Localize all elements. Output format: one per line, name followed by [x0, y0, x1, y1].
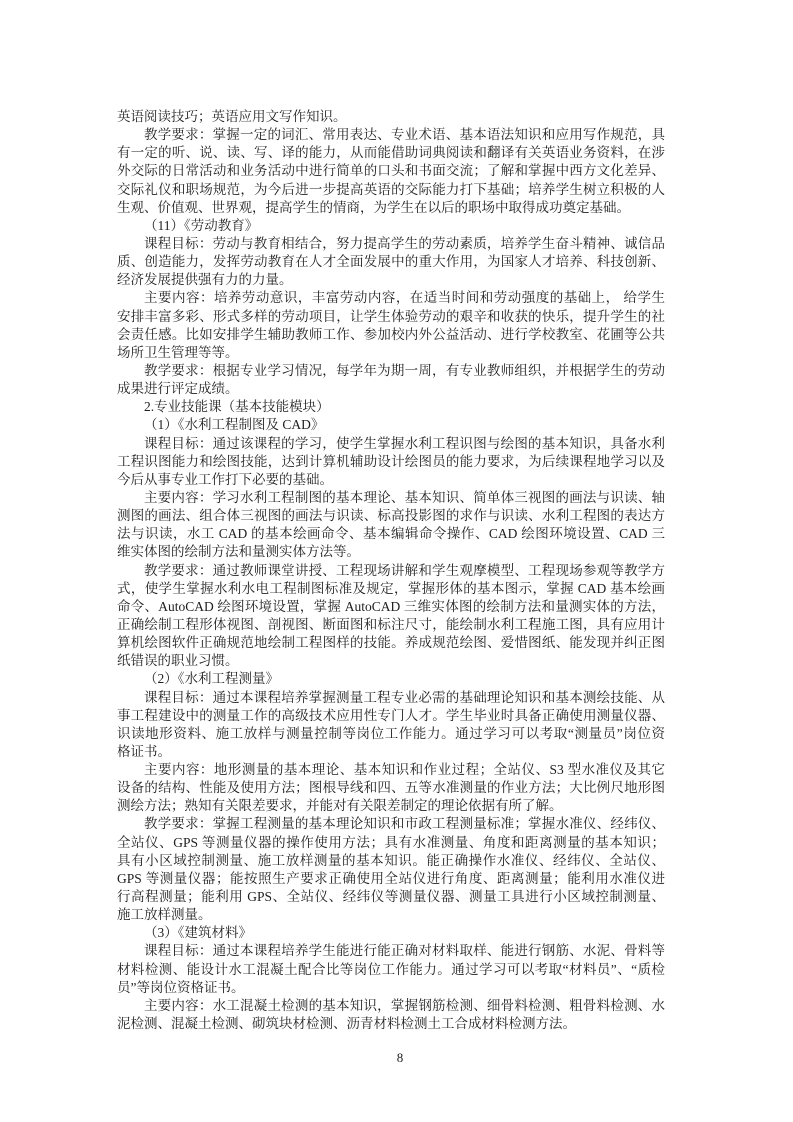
section-heading-surveying: （2）《水利工程测量》: [117, 670, 665, 688]
section-heading-professional-skills: 2.专业技能课（基本技能模块）: [117, 398, 665, 416]
paragraph-materials-main-content: 主要内容：水工混凝土检测的基本知识，掌握钢筋检测、细骨料检测、粗骨料检测、水 泥…: [117, 997, 665, 1033]
paragraph-english-continuation: 英语阅读技巧；英语应用文写作知识。: [117, 108, 665, 126]
text-line: GPS 等测量仪器；能按照生产要求正确使用全站仪进行角度、距离测量；能利用水准仪…: [117, 870, 665, 888]
text-line: 主要内容：水工混凝土检测的基本知识，掌握钢筋检测、细骨料检测、粗骨料检测、水: [117, 997, 665, 1015]
section-heading-drawing-cad: （1）《水利工程制图及 CAD》: [117, 416, 665, 434]
text-line: 材料检测、能设计水工混凝土配合比等岗位工作能力。通过学习可以考取“材料员”、“质…: [117, 961, 665, 979]
text-line: 员”等岗位资格证书。: [117, 979, 665, 997]
text-line: 命令、AutoCAD 绘图环境设置，掌握 AutoCAD 三维实体图的绘制方法和…: [117, 598, 665, 616]
text-line: 安排丰富多彩、形式多样的劳动项目，让学生体验劳动的艰辛和收获的快乐，提升学生的社: [117, 308, 665, 326]
paragraph-labor-course-goal: 课程目标：劳动与教育相结合，努力提高学生的劳动素质，培养学生奋斗精神、诚信品 质…: [117, 235, 665, 289]
page-number: 8: [0, 1050, 793, 1066]
body-text: 英语阅读技巧；英语应用文写作知识。 教学要求：掌握一定的词汇、常用表达、专业术语…: [117, 108, 665, 1033]
text-line: 事工程建设中的测量工作的高级技术应用性专门人才。学生毕业时具备正确使用测量仪器、: [117, 707, 665, 725]
text-line: 全站仪、GPS 等测量仪器的操作使用方法；具有水准测量、角度和距离测量的基本知识…: [117, 834, 665, 852]
text-line: 课程目标：通过本课程培养学生能进行能正确对材料取样、能进行钢筋、水泥、骨料等: [117, 942, 665, 960]
text-line: 主要内容：地形测量的基本理论、基本知识和作业过程；全站仪、S3 型水准仪及其它: [117, 761, 665, 779]
text-line: 主要内容：学习水利工程制图的基本理论、基本知识、简单体三视图的画法与识读、轴: [117, 489, 665, 507]
section-heading-labor-education: （11）《劳动教育》: [117, 217, 665, 235]
text-line: 教学要求：根据专业学习情况，每学年为期一周，有专业教师组织，并根据学生的劳动: [117, 362, 665, 380]
paragraph-surveying-teaching-requirements: 教学要求：掌握工程测量的基本理论知识和市政工程测量标准；掌握水准仪、经纬仪、 全…: [117, 815, 665, 924]
heading-line: （1）《水利工程制图及 CAD》: [117, 416, 665, 434]
text-line: 维实体图的绘制方法和量测实体方法等。: [117, 543, 665, 561]
text-line: 式，使学生掌握水利水电工程制图标准及规定，掌握形体的基本图示，掌握 CAD 基本…: [117, 580, 665, 598]
text-line: 施工放样测量。: [117, 906, 665, 924]
text-line: 会责任感。比如安排学生辅助教师工作、参加校内外公益活动、进行学校教室、花圃等公共: [117, 326, 665, 344]
text-line: 格证书。: [117, 743, 665, 761]
text-line: 教学要求：掌握一定的词汇、常用表达、专业术语、基本语法知识和应用写作规范，具: [117, 126, 665, 144]
text-line: 交际礼仪和职场规范，为今后进一步提高英语的交际能力打下基础；培养学生树立积极的人: [117, 181, 665, 199]
paragraph-labor-teaching-requirements: 教学要求：根据专业学习情况，每学年为期一周，有专业教师组织，并根据学生的劳动 成…: [117, 362, 665, 398]
text-line: 今后从事专业工作打下必要的基础。: [117, 471, 665, 489]
text-line: 外交际的日常活动和业务活动中进行简单的口头和书面交流；了解和掌握中西方文化差异、: [117, 162, 665, 180]
text-line: 课程目标：通过本课程培养掌握测量工程专业必需的基础理论知识和基本测绘技能、从: [117, 689, 665, 707]
text-line: 教学要求：掌握工程测量的基本理论知识和市政工程测量标准；掌握水准仪、经纬仪、: [117, 815, 665, 833]
text-line: 场所卫生管理等等。: [117, 344, 665, 362]
paragraph-english-teaching-requirements: 教学要求：掌握一定的词汇、常用表达、专业术语、基本语法知识和应用写作规范，具 有…: [117, 126, 665, 217]
paragraph-surveying-course-goal: 课程目标：通过本课程培养掌握测量工程专业必需的基础理论知识和基本测绘技能、从 事…: [117, 689, 665, 762]
text-line: 行高程测量；能利用 GPS、全站仪、经纬仪等测量仪器、测量工具进行小区域控制测量…: [117, 888, 665, 906]
text-line: 成果进行评定成绩。: [117, 380, 665, 398]
text-line: 算机绘图软件正确规范地绘制工程图样的技能。养成规范绘图、爱惜图纸、能发现并纠正图: [117, 634, 665, 652]
document-page: 英语阅读技巧；英语应用文写作知识。 教学要求：掌握一定的词汇、常用表达、专业术语…: [0, 0, 793, 1122]
text-line: 课程目标：劳动与教育相结合，努力提高学生的劳动素质，培养学生奋斗精神、诚信品: [117, 235, 665, 253]
text-line: 泥检测、混凝土检测、砌筑块材检测、沥青材料检测土工合成材料检测方法。: [117, 1015, 665, 1033]
text-line: 生观、价值观、世界观，提高学生的情商，为学生在以后的职场中取得成功奠定基础。: [117, 199, 665, 217]
text-line: 英语阅读技巧；英语应用文写作知识。: [117, 108, 665, 126]
text-line: 设备的结构、性能及使用方法；图根导线和四、五等水准测量的作业方法；大比例尺地形图: [117, 779, 665, 797]
paragraph-cad-main-content: 主要内容：学习水利工程制图的基本理论、基本知识、简单体三视图的画法与识读、轴 测…: [117, 489, 665, 562]
text-line: 经济发展提供强有力的力量。: [117, 271, 665, 289]
text-line: 教学要求：通过教师课堂讲授、工程现场讲解和学生观摩模型、工程现场参观等教学方: [117, 562, 665, 580]
text-line: 课程目标：通过该课程的学习，使学生掌握水利工程识图与绘图的基本知识，具备水利: [117, 435, 665, 453]
text-line: 有一定的听、说、读、写、译的能力，从而能借助词典阅读和翻译有关英语业务资料，在涉: [117, 144, 665, 162]
paragraph-labor-main-content: 主要内容：培养劳动意识，丰富劳动内容，在适当时间和劳动强度的基础上， 给学生 安…: [117, 289, 665, 362]
text-line: 工程识图能力和绘图技能，达到计算机辅助设计绘图员的能力要求，为后续课程地学习以及: [117, 453, 665, 471]
text-line: 识读地形资料、施工放样与测量控制等岗位工作能力。通过学习可以考取“测量员”岗位资: [117, 725, 665, 743]
text-line: 法与识读，水工 CAD 的基本绘画命令、基本编辑命令操作、CAD 绘图环境设置、…: [117, 525, 665, 543]
text-line: 正确绘制工程形体视图、剖视图、断面图和标注尺寸，能绘制水利工程施工图，具有应用计: [117, 616, 665, 634]
heading-line: （11）《劳动教育》: [117, 217, 665, 235]
text-line: 纸错误的职业习惯。: [117, 652, 665, 670]
section-heading-building-materials: （3）《建筑材料》: [117, 924, 665, 942]
paragraph-cad-course-goal: 课程目标：通过该课程的学习，使学生掌握水利工程识图与绘图的基本知识，具备水利 工…: [117, 435, 665, 489]
heading-line: （2）《水利工程测量》: [117, 670, 665, 688]
text-line: 主要内容：培养劳动意识，丰富劳动内容，在适当时间和劳动强度的基础上， 给学生: [117, 289, 665, 307]
heading-line: 2.专业技能课（基本技能模块）: [117, 398, 665, 416]
paragraph-materials-course-goal: 课程目标：通过本课程培养学生能进行能正确对材料取样、能进行钢筋、水泥、骨料等 材…: [117, 942, 665, 996]
text-line: 具有小区域控制测量、施工放样测量的基本知识。能正确操作水准仪、经纬仪、全站仪、: [117, 852, 665, 870]
text-line: 质、创造能力，发挥劳动教育在人才全面发展中的重大作用，为国家人才培养、科技创新、: [117, 253, 665, 271]
paragraph-cad-teaching-requirements: 教学要求：通过教师课堂讲授、工程现场讲解和学生观摩模型、工程现场参观等教学方 式…: [117, 562, 665, 671]
text-line: 测绘方法；熟知有关限差要求，并能对有关限差制定的理论依据有所了解。: [117, 797, 665, 815]
text-line: 测图的画法、组合体三视图的画法与识读、标高投影图的求作与识读、水利工程图的表达方: [117, 507, 665, 525]
paragraph-surveying-main-content: 主要内容：地形测量的基本理论、基本知识和作业过程；全站仪、S3 型水准仪及其它 …: [117, 761, 665, 815]
heading-line: （3）《建筑材料》: [117, 924, 665, 942]
